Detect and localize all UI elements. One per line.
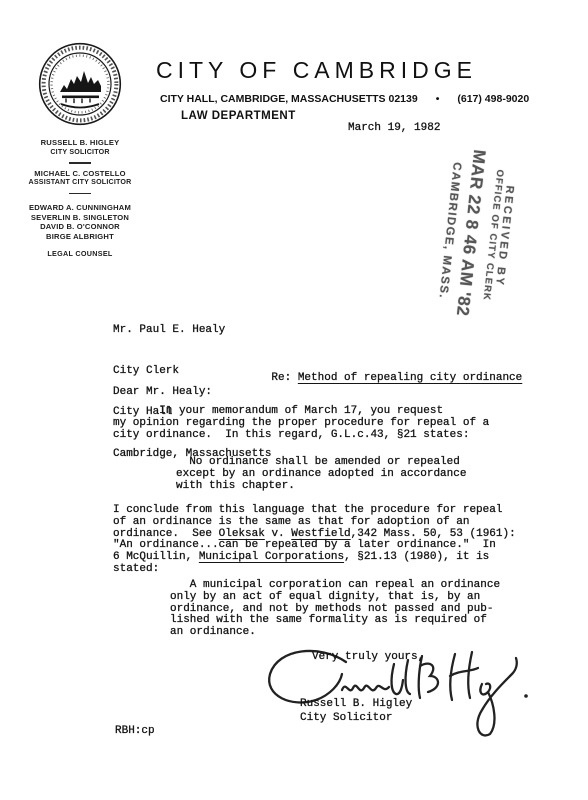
paragraph-2-text: v. <box>265 528 291 540</box>
block-quote-2: A municipal corporation can repeal an or… <box>170 580 500 639</box>
counsel-name: BIRGE ALBRIGHT <box>15 232 145 242</box>
counsel-name: EDWARD A. CUNNINGHAM <box>15 203 145 213</box>
counsel-title: LEGAL COUNSEL <box>15 249 145 258</box>
counsel-name: SEVERLIN B. SINGLETON <box>15 213 145 223</box>
reference-initials: RBH:cp <box>115 726 155 738</box>
re-label: Re: <box>271 372 297 384</box>
signer-title: City Solicitor <box>300 713 392 725</box>
treatise-citation: Municipal Corporations <box>199 551 344 563</box>
divider <box>69 193 91 195</box>
city-seal <box>38 42 122 126</box>
case-citation: Westfield <box>291 528 350 540</box>
paragraph-2: I conclude from this language that the p… <box>113 505 516 576</box>
letterhead-department: LAW DEPARTMENT <box>181 110 296 122</box>
received-stamp: RECEIVED BY OFFICE OF CITY CLERK MAR 22 … <box>435 145 519 321</box>
letter-date: March 19, 1982 <box>348 123 440 135</box>
official-title: CITY SOLICITOR <box>15 148 145 157</box>
official-title: ASSISTANT CITY SOLICITOR <box>15 178 145 187</box>
legal-counsel-names: EDWARD A. CUNNINGHAM SEVERLIN B. SINGLET… <box>15 203 145 241</box>
signature-script <box>250 640 540 745</box>
letterhead-phone: (617) 498-9020 <box>457 93 529 105</box>
counsel-name: DAVID B. O'CONNOR <box>15 222 145 232</box>
official-name: MICHAEL C. COSTELLO <box>15 169 145 179</box>
paragraph-1: In your memorandum of March 17, you requ… <box>113 406 489 441</box>
divider <box>69 162 91 164</box>
signature-graphic <box>250 640 540 745</box>
case-citation: Oleksak <box>219 528 265 540</box>
re-line: Re: Method of repealing city ordinance <box>245 361 522 396</box>
signer-name: Russell B. Higley <box>300 699 412 711</box>
bullet-separator: • <box>436 93 440 105</box>
re-subject: Method of repealing city ordinance <box>298 372 522 384</box>
letterhead-title: CITY OF CAMBRIDGE <box>156 57 477 84</box>
officials-sidebar: RUSSELL B. HIGLEY CITY SOLICITOR MICHAEL… <box>15 138 145 258</box>
letterhead-address: CITY HALL, CAMBRIDGE, MASSACHUSETTS 0213… <box>160 93 418 105</box>
block-quote-1: No ordinance shall be amended or repeale… <box>176 457 466 492</box>
letter-page: CITY OF CAMBRIDGE CITY HALL, CAMBRIDGE, … <box>0 0 588 800</box>
salutation: Dear Mr. Healy: <box>113 387 212 399</box>
letterhead-address-line: CITY HALL, CAMBRIDGE, MASSACHUSETTS 0213… <box>160 93 529 105</box>
city-seal-graphic <box>38 42 122 126</box>
recipient-name: Mr. Paul E. Healy <box>113 324 271 338</box>
official-name: RUSSELL B. HIGLEY <box>15 138 145 148</box>
